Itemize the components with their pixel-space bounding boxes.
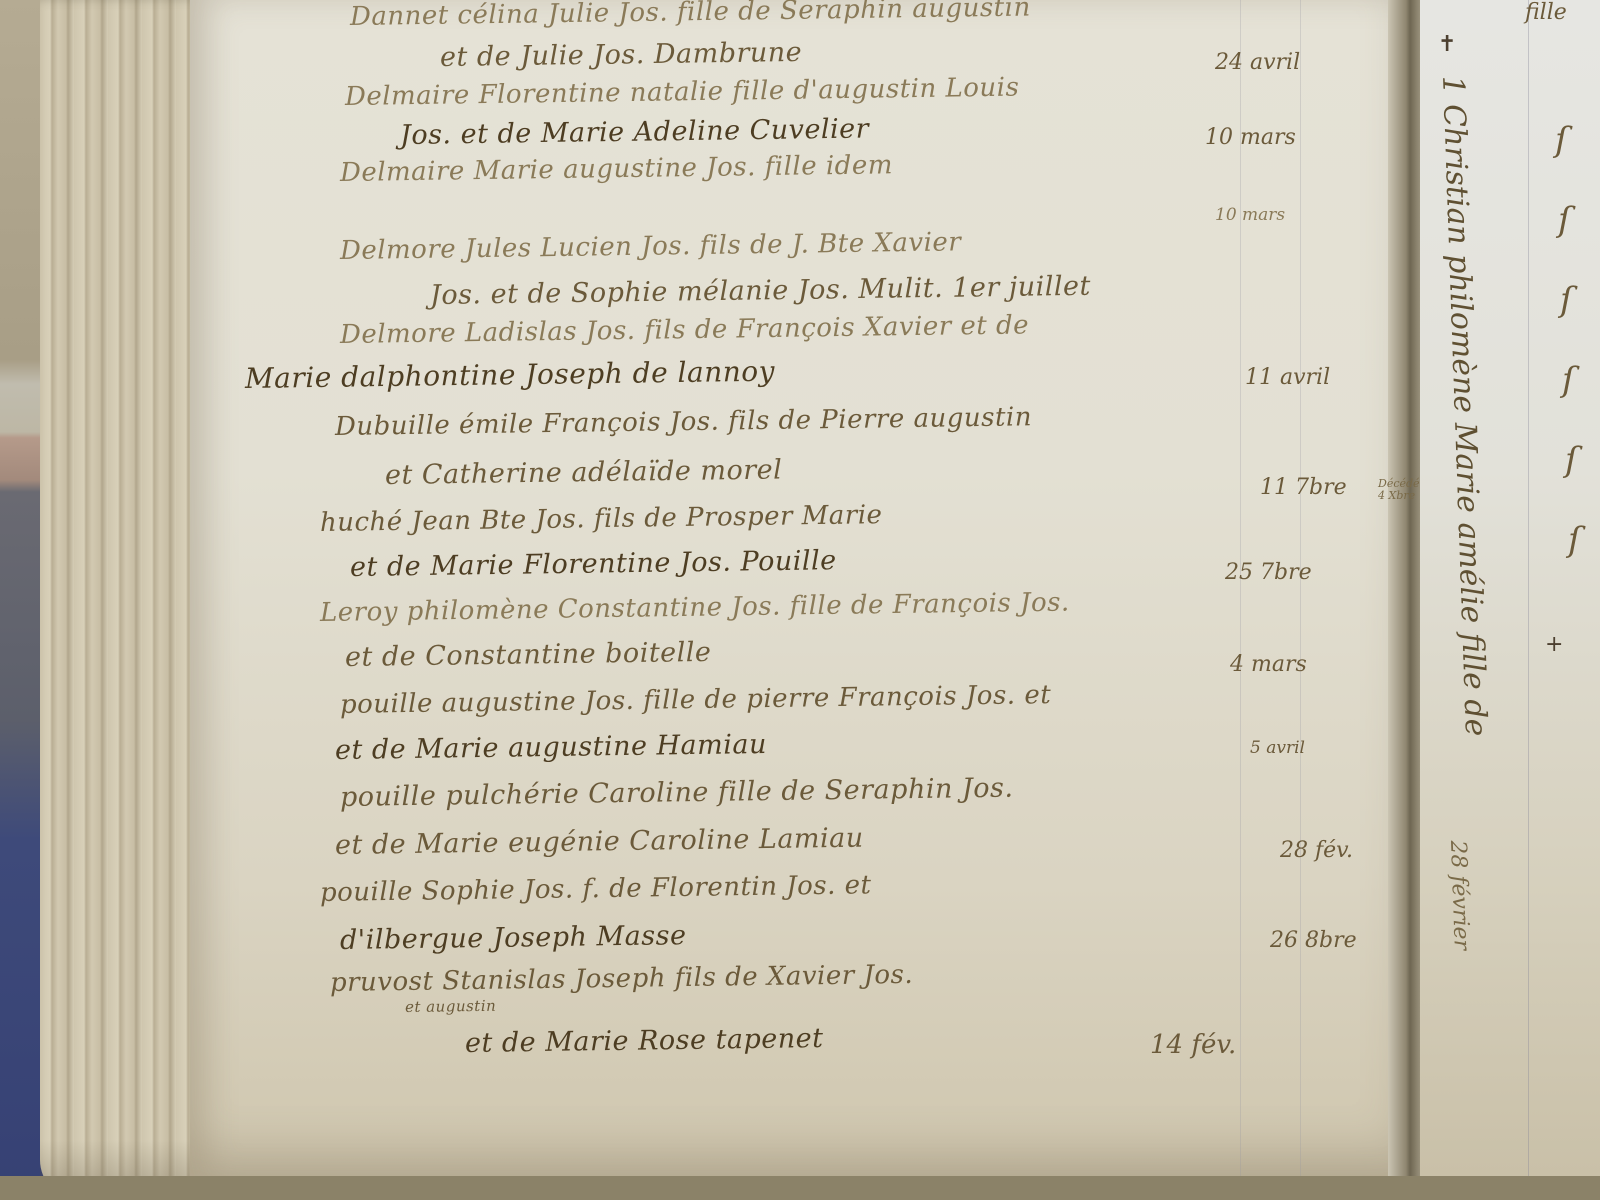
right-page-stroke: ſ [1565, 440, 1578, 480]
cross-mark-icon: ✝ [1438, 32, 1456, 57]
entry-line: Delmore Ladislas Jos. fils de François X… [340, 310, 1029, 350]
entry-line: Jos. et de Marie Adeline Cuvelier [400, 113, 870, 151]
entry-line: Delmore Jules Lucien Jos. fils de J. Bte… [340, 227, 962, 266]
entry-line: Marie dalphontine Joseph de lannoy [245, 355, 775, 395]
entry-line: pouille pulchérie Caroline fille de Sera… [340, 773, 1014, 813]
entry-interlinear: et augustin [405, 997, 496, 1016]
entry-date: 5 avril [1250, 738, 1305, 758]
photo-scene: Dannet célina Julie Jos. fille de Seraph… [0, 0, 1600, 1200]
entry-line: et de Julie Jos. Dambrune [440, 37, 803, 73]
entry-line: Dannet célina Julie Jos. fille de Seraph… [350, 0, 1031, 32]
entry-date: 10 mars [1215, 205, 1285, 225]
right-page-stroke: ſ [1568, 520, 1581, 560]
right-page-stroke: ſ [1560, 280, 1573, 320]
right-page-stroke: ſ [1558, 200, 1571, 240]
entry-line: et de Marie Florentine Jos. Pouille [350, 545, 837, 583]
entry-line: d'ilbergue Joseph Masse [340, 920, 687, 956]
margin-note: Décédé 4 Xbre [1378, 478, 1420, 502]
right-page-stroke: ſ [1555, 120, 1568, 160]
right-page-vertical-date: 28 février [1445, 840, 1474, 950]
book-bottom-edge [0, 1176, 1600, 1200]
entry-date: 14 fév. [1150, 1030, 1236, 1060]
entry-line: et de Marie eugénie Caroline Lamiau [335, 823, 864, 861]
entry-line: Delmaire Marie augustine Jos. fille idem [340, 150, 893, 188]
entry-line: pouille Sophie Jos. f. de Florentin Jos.… [320, 870, 872, 908]
entry-line: et de Constantine boitelle [345, 637, 712, 673]
entry-line: Delmaire Florentine natalie fille d'augu… [345, 73, 1020, 112]
right-page-stroke: ſ [1562, 360, 1575, 400]
entry-date: 4 mars [1230, 652, 1307, 677]
margin-note-line: 4 Xbre [1378, 490, 1420, 502]
entry-date: 11 avril [1245, 365, 1330, 390]
entry-date: 11 7bre [1260, 475, 1347, 500]
entry-line: Jos. et de Sophie mélanie Jos. Mulit. 1e… [430, 271, 1091, 311]
entry-date: 24 avril [1215, 50, 1300, 75]
entry-date: 10 mars [1205, 125, 1296, 150]
entry-date: 28 fév. [1280, 838, 1353, 863]
right-page-rule [1528, 0, 1529, 1176]
entry-line: Dubuille émile François Jos. fils de Pie… [335, 402, 1032, 442]
entry-date: 26 8bre [1270, 928, 1357, 953]
entry-line: pruvost Stanislas Joseph fils de Xavier … [330, 960, 914, 998]
entry-line: Leroy philomène Constantine Jos. fille d… [320, 588, 1070, 628]
entry-line: et Catherine adélaïde morel [385, 454, 783, 491]
register-entries: Dannet célina Julie Jos. fille de Seraph… [0, 0, 1400, 1176]
entry-line: et de Marie augustine Hamiau [335, 729, 767, 766]
entry-line: huché Jean Bte Jos. fils de Prosper Mari… [320, 500, 883, 538]
entry-line: pouille augustine Jos. fille de pierre F… [340, 680, 1052, 720]
entry-date: 25 7bre [1225, 560, 1312, 585]
right-page-fragment: fille [1525, 0, 1567, 25]
entry-line: et de Marie Rose tapenet [465, 1023, 824, 1059]
cross-mark-icon: + [1545, 632, 1563, 657]
